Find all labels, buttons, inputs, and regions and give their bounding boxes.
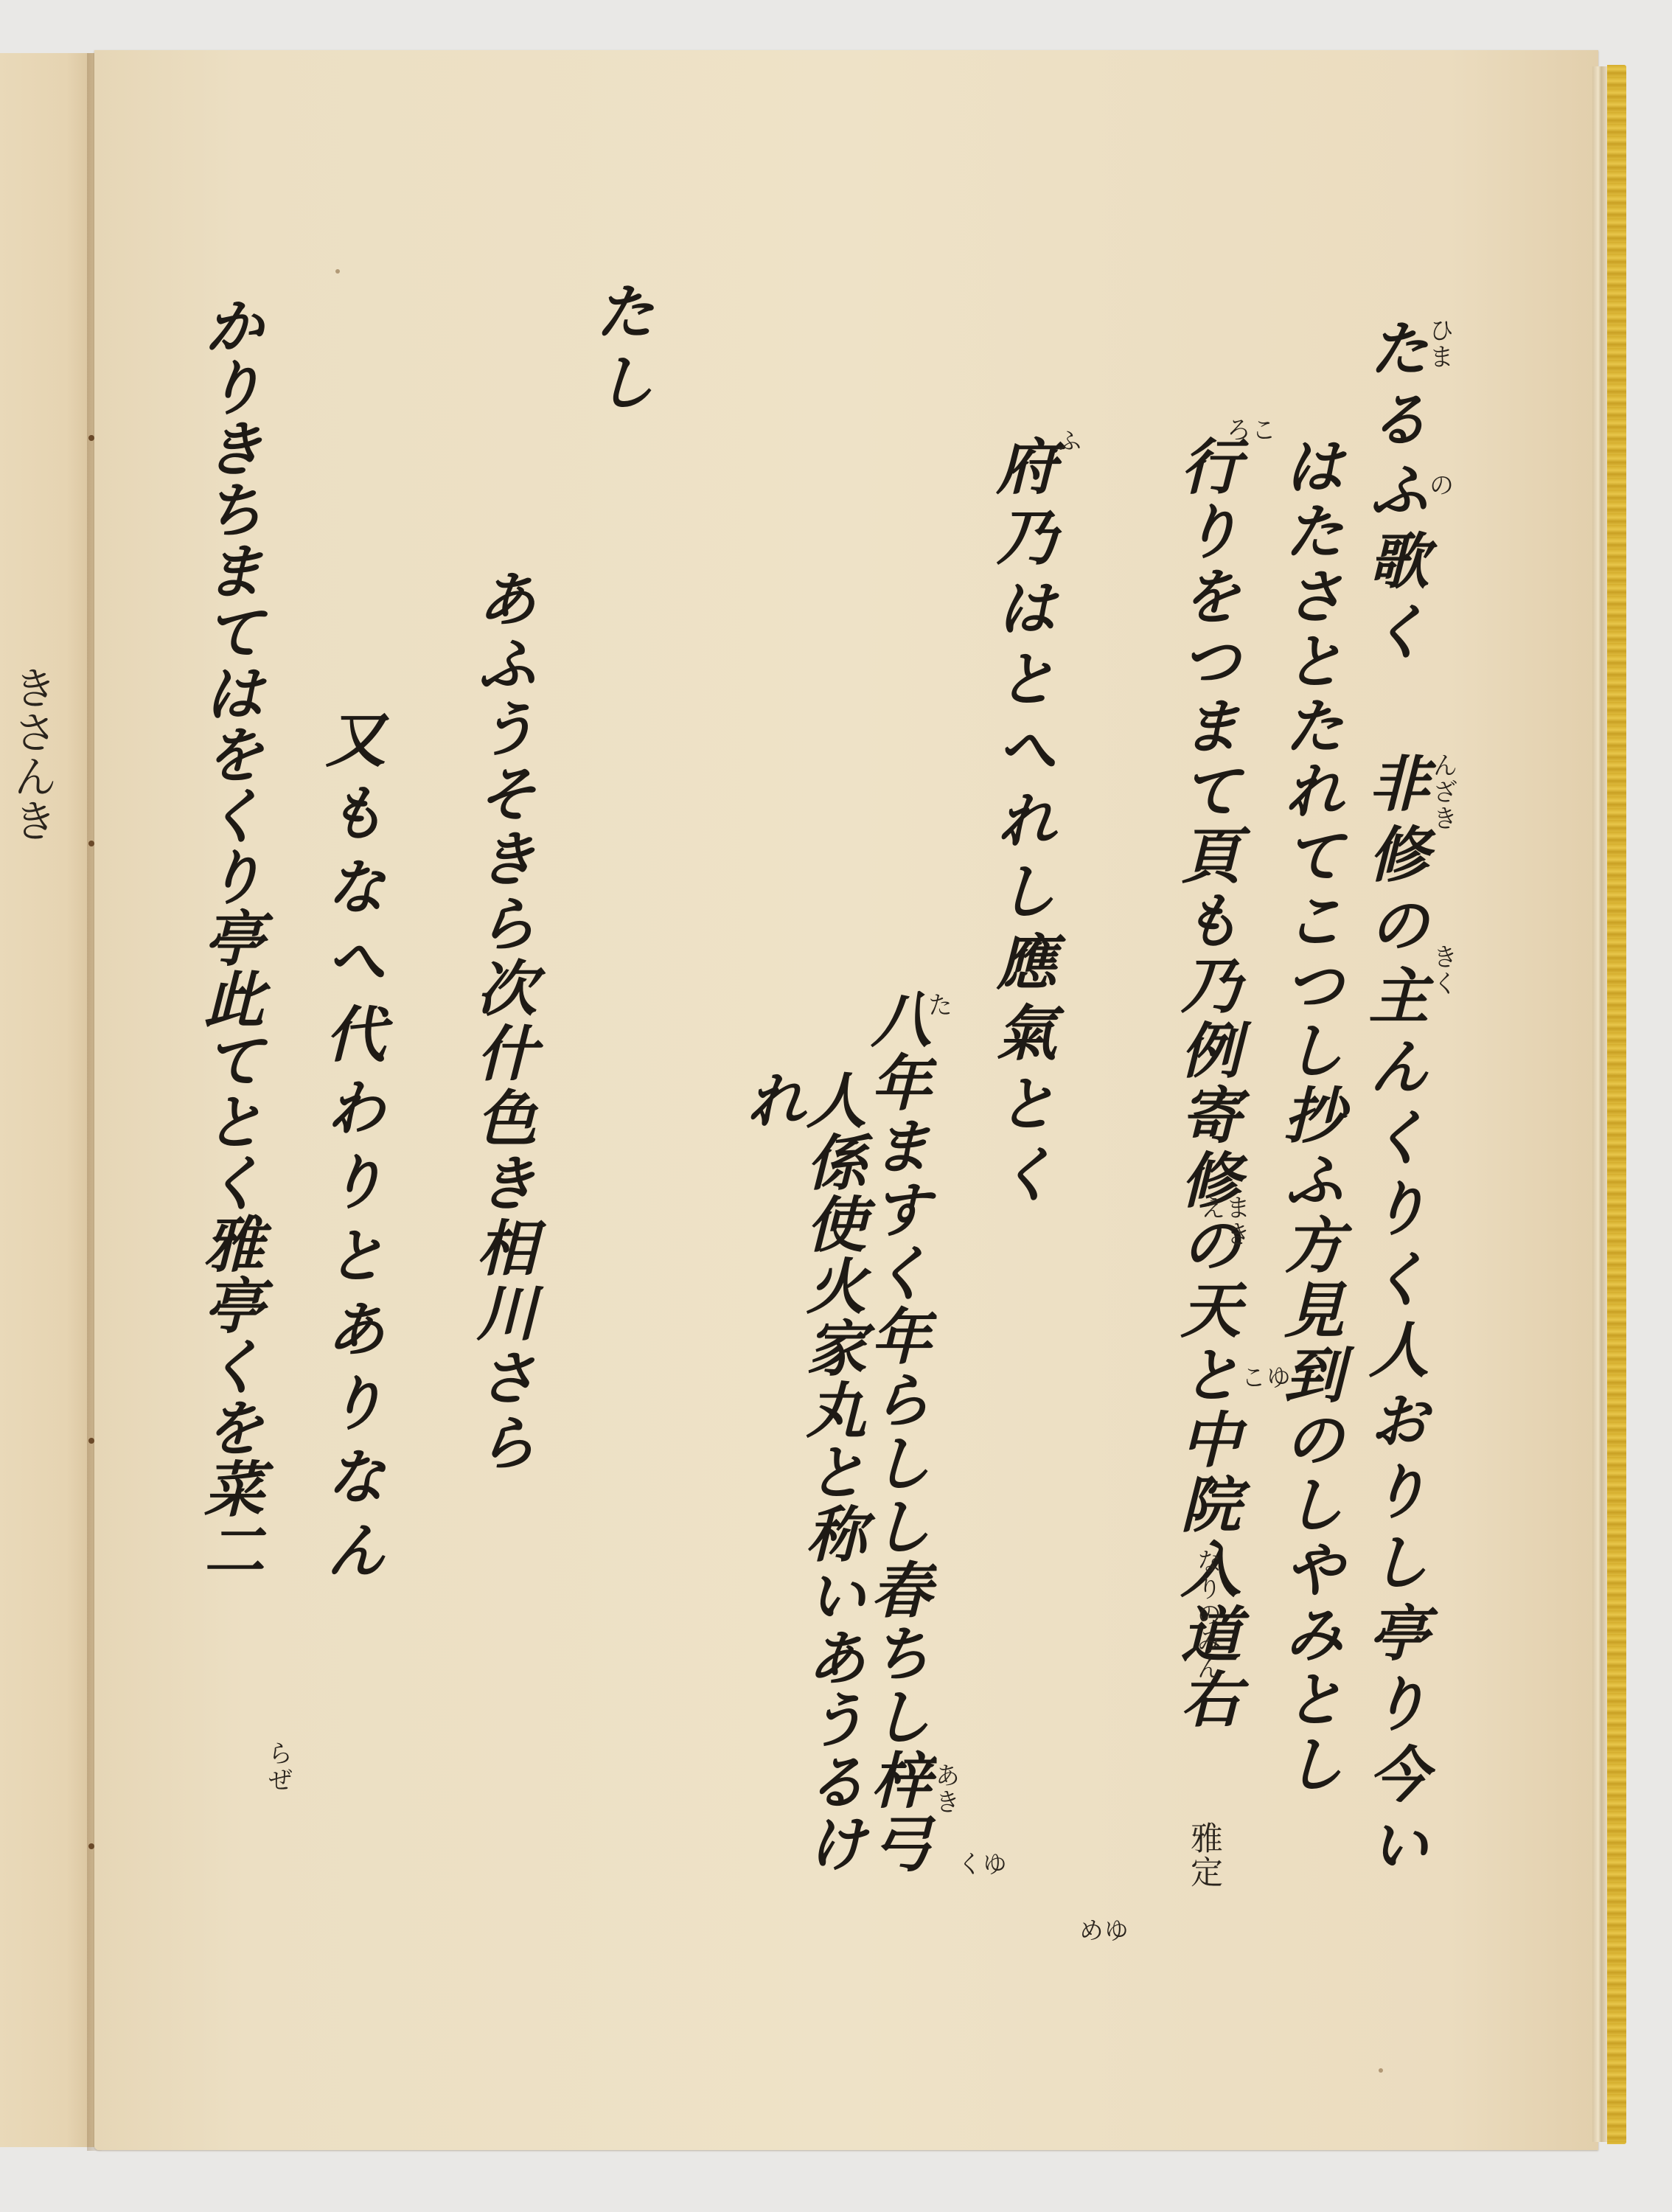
ruby-annotation: まきえ <box>1198 1194 1248 1268</box>
calligraphy-column-9: あふうそきら次什色き相川さら <box>472 568 532 1947</box>
calligraphy-column-7: 人係使火家丸と称いあうるけれ <box>741 1069 862 1902</box>
ruby-annotation: ゆめ <box>1076 1917 1126 1961</box>
binding-hole <box>88 435 94 441</box>
ruby-annotation: ひま <box>1427 317 1452 406</box>
calligraphy-column-11: かりきちまてはをくり亭此てとく雅亭くを菜二 <box>199 295 259 2079</box>
ruby-annotation: なりのみん <box>1194 1548 1219 1681</box>
calligraphy-column-5: 府乃はとへれし應氣とく <box>992 435 1052 1320</box>
ruby-annotation: あき <box>933 1762 958 1821</box>
calligraphy-column-6: 八年ますく年らしし春ちし梓弓 <box>866 988 927 1947</box>
binding-hole <box>88 841 94 846</box>
ruby-annotation: きく <box>1430 944 1455 1003</box>
calligraphy-column-1: たるふ歌く <box>1364 317 1424 796</box>
ruby-annotation: 雅定 <box>1187 1821 1219 1910</box>
ruby-annotation: ころ <box>1224 417 1274 468</box>
left-page-partial-text: きさんき <box>0 665 63 1034</box>
ruby-annotation: らぜ <box>265 1740 290 1843</box>
calligraphy-column-10: 又もなへ代わりとありなん <box>321 708 381 1740</box>
ruby-annotation: ゆく <box>955 1851 1005 1902</box>
binding-hole <box>88 1843 94 1849</box>
ruby-annotation: た <box>925 992 950 1029</box>
left-page: きさんき <box>0 53 94 2147</box>
binding-hole <box>88 1438 94 1444</box>
calligraphy-column-3: はたさとたれてこつし抄ふ方見到のしやみとし <box>1279 435 1340 1910</box>
paper-speck <box>335 269 340 274</box>
ruby-annotation: ゆこ <box>1239 1364 1289 1408</box>
calligraphy-column-2: 非修の主んくりく人おりし亭り今い <box>1364 752 1424 2175</box>
ruby-annotation: の <box>1427 472 1452 516</box>
ruby-annotation: ふ <box>1054 428 1079 465</box>
calligraphy-column-8: たし <box>590 280 650 516</box>
page-edge-stack <box>1592 66 1607 2142</box>
gold-leaf-edge <box>1607 65 1626 2144</box>
ruby-annotation: んざき <box>1430 752 1455 870</box>
